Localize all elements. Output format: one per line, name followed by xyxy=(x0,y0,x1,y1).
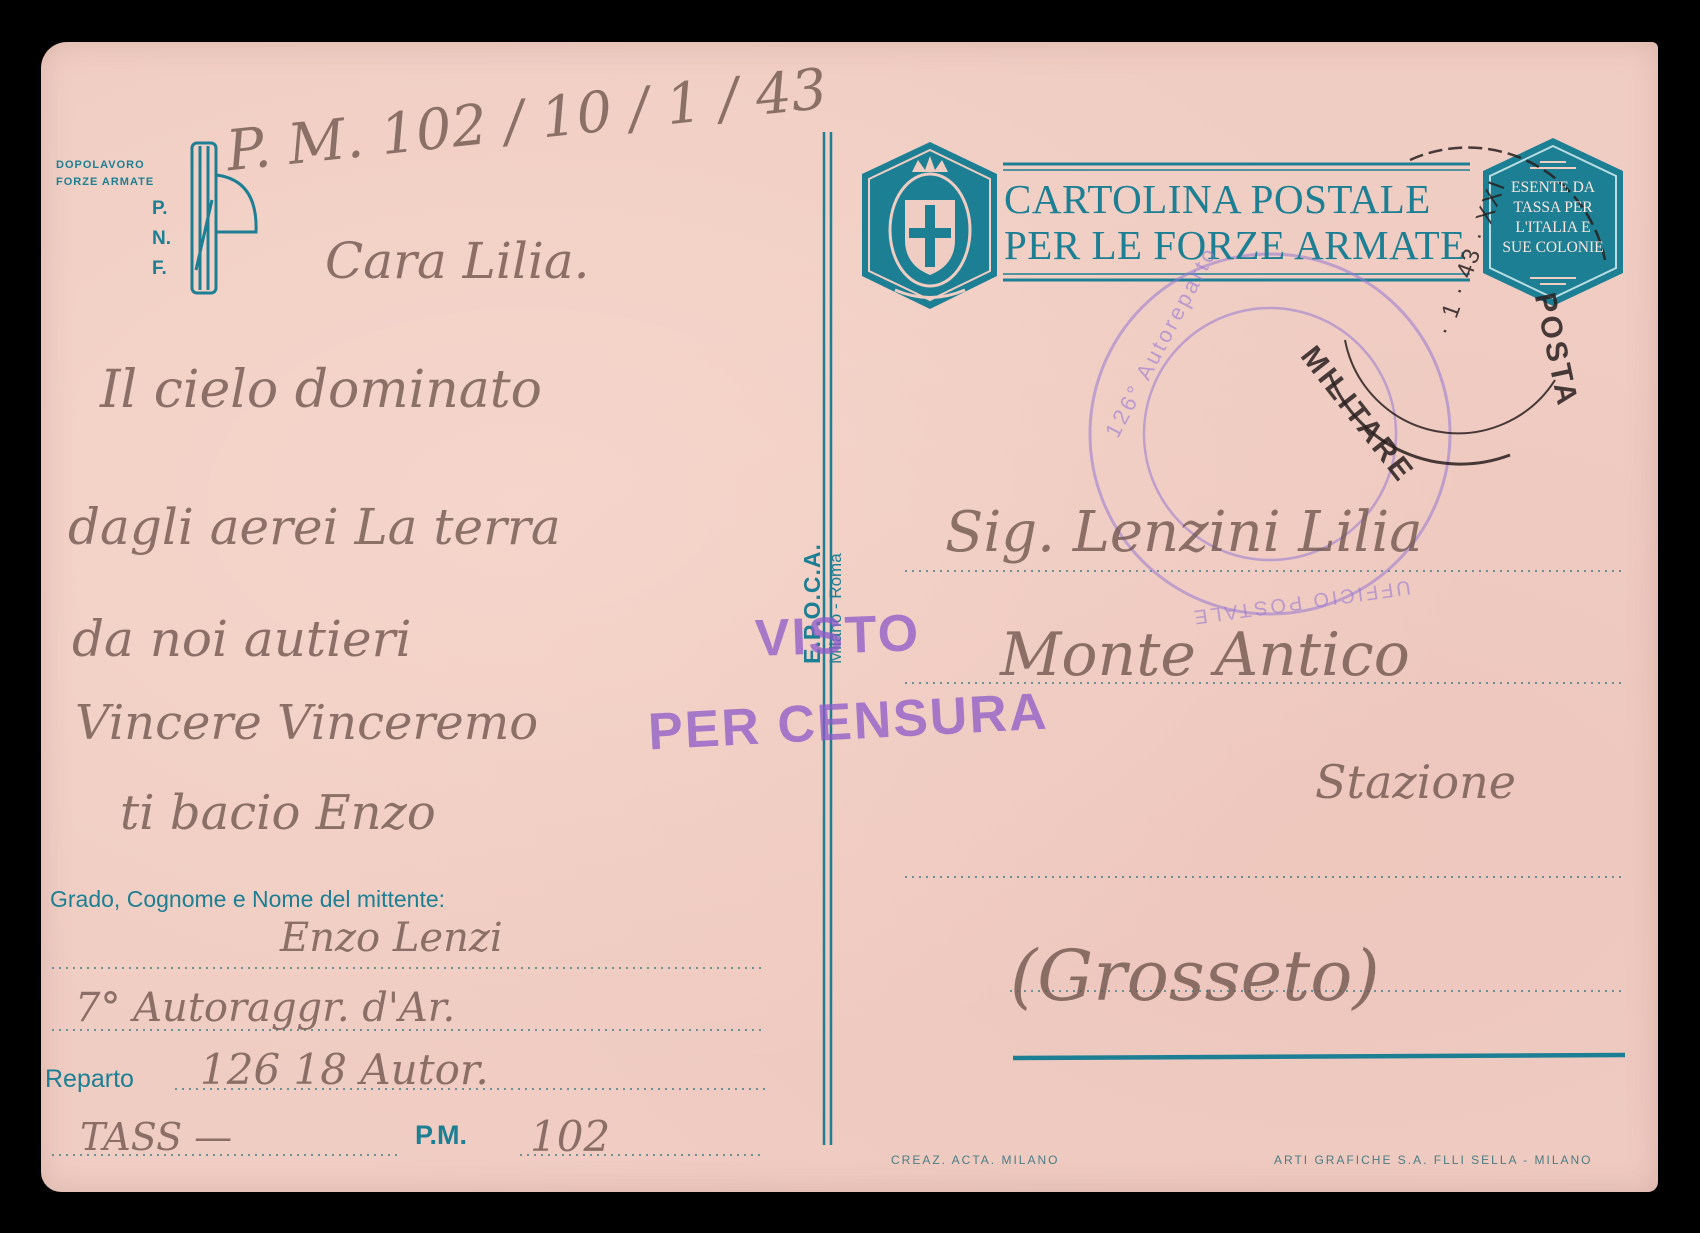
logo-letters: P. N. F. xyxy=(152,194,171,284)
footer-left: CREAZ. ACTA. MILANO xyxy=(891,1153,1059,1167)
logo-letter-p: P. xyxy=(152,194,171,224)
footer-right: ARTI GRAFICHE S.A. FLLI SELLA - MILANO xyxy=(1274,1153,1593,1167)
message-line: ti bacio Enzo xyxy=(120,785,436,841)
sender-label: Grado, Cognome e Nome del mittente: xyxy=(50,886,445,913)
stamp-line: ESENTE DA xyxy=(1497,178,1609,198)
card-title: CARTOLINA POSTALE PER LE FORZE ARMATE xyxy=(1004,176,1470,268)
message-line: dagli aerei La terra xyxy=(68,498,561,556)
title-line-2: PER LE FORZE ARMATE xyxy=(1004,222,1470,268)
sender-unit: 7° Autoraggr. d'Ar. xyxy=(75,985,455,1031)
logo-letter-f: F. xyxy=(152,254,171,284)
sender-name: Enzo Lenzi xyxy=(280,915,503,961)
censor-stamp-line1: VISTO xyxy=(754,603,921,669)
reparto-value: 126 18 Autor. xyxy=(200,1045,489,1094)
stamp-line: L'ITALIA E xyxy=(1497,218,1609,238)
message-greeting: Cara Lilia. xyxy=(325,232,590,290)
pm-value: 102 xyxy=(530,1112,610,1161)
stamp-line: SUE COLONIE xyxy=(1497,238,1609,258)
stamp-line: TASSA PER xyxy=(1497,198,1609,218)
address-line-4: (Grosseto) xyxy=(1010,935,1380,1017)
logo-org-line1: DOPOLAVORO xyxy=(56,157,176,174)
address-line-2: Monte Antico xyxy=(1000,620,1410,690)
logo-org-line2: FORZE ARMATE xyxy=(56,174,176,191)
pm-label: P.M. xyxy=(415,1120,467,1151)
message-line: Vincere Vinceremo xyxy=(75,695,538,751)
logo-letter-n: N. xyxy=(152,224,171,254)
message-line: da noi autieri xyxy=(72,610,411,668)
title-line-1: CARTOLINA POSTALE xyxy=(1004,176,1470,222)
sender-extra: TASS — xyxy=(80,1115,232,1159)
reparto-label: Reparto xyxy=(45,1065,134,1094)
logo-org-name: DOPOLAVORO FORZE ARMATE xyxy=(56,157,176,191)
address-line-3: Stazione xyxy=(1315,755,1516,809)
message-line: Il cielo dominato xyxy=(100,360,542,420)
franking-stamp-text: ESENTE DA TASSA PER L'ITALIA E SUE COLON… xyxy=(1497,178,1609,258)
address-line-1: Sig. Lenzini Lilia xyxy=(945,500,1423,565)
